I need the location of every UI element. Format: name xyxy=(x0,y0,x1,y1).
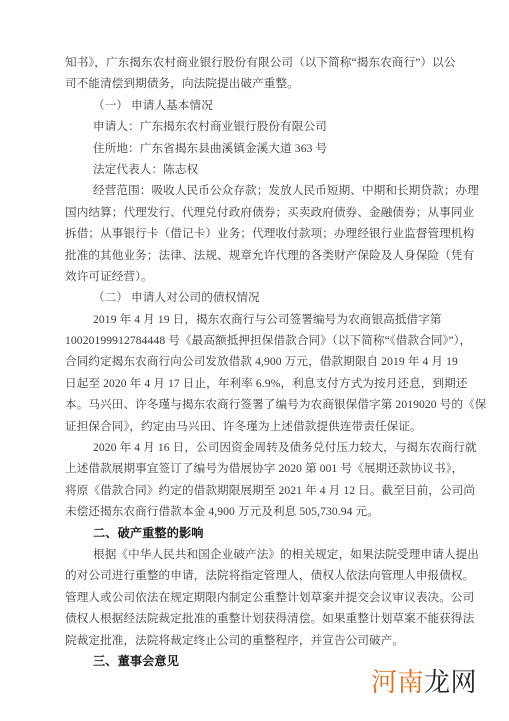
document-line: 司不能清偿到期债务，向法院提出破产重整。 xyxy=(65,73,449,94)
document-line: 经营范围：吸收人民币公众存款；发放人民币短期、中期和长期贷款；办理 xyxy=(65,180,449,201)
document-lines: 知书》，广东揭东农村商业银行股份有限公司（以下简称“揭东农商行”）以公司不能清偿… xyxy=(65,52,449,672)
document-line: 申请人：广东揭东农村商业银行股份有限公司 xyxy=(65,116,449,137)
document-line: 10020199912784448 号《最高额抵押担保借款合同》（以下简称“《借… xyxy=(65,330,449,351)
document-line: 批准的其他业务；法律、法规、规章允许代理的各类财产保险及人身保险（凭有 xyxy=(65,245,449,266)
document-line: 上述借款展期事宜签订了编号为借展协字 2020 第 001 号《展期还款协议书》… xyxy=(65,458,449,479)
document-line: 的对公司进行重整的申请，法院将指定管理人，债权人依法向管理人申报债权。 xyxy=(65,565,449,586)
document-line: 知书》，广东揭东农村商业银行股份有限公司（以下简称“揭东农商行”）以公 xyxy=(65,52,449,73)
document-line: 债权人根据经法院裁定批准的重整计划获得清偿。如果重整计划草案不能获得法 xyxy=(65,608,449,629)
document-line: 证担保合同》，约定由马兴田、许冬瑾为上述借款提供连带责任保证。 xyxy=(65,416,449,437)
document-line: 拆借；从事银行卡（借记卡）业务；代理收付款项；办理经银行业监督管理机构 xyxy=(65,223,449,244)
document-line: （二） 申请人对公司的债权情况 xyxy=(65,287,449,308)
document-line: 本。马兴田、许冬瑾与揭东农商行签署了编号为农商银保借字第 2019020 号的《… xyxy=(65,394,449,415)
document-line: 国内结算；代理发行、代理兑付政府债券；买卖政府债券、金融债券；从事同业 xyxy=(65,202,449,223)
document-line: 院裁定批准，法院将裁定终止公司的重整程序，并宣告公司破产。 xyxy=(65,630,449,651)
site-watermark: 河南龙网 xyxy=(371,667,477,699)
document-line: 日起至 2020 年 4 月 17 日止，年利率 6.9%，利息支付方式为按月还… xyxy=(65,373,449,394)
document-line: （一） 申请人基本情况 xyxy=(65,95,449,116)
document-page: 知书》，广东揭东农村商业银行股份有限公司（以下简称“揭东农商行”）以公司不能清偿… xyxy=(0,0,509,721)
document-line: 未偿还揭东农商行借款本金 4,900 万元及利息 505,730.94 元。 xyxy=(65,501,449,522)
document-line: 管理人或公司依法在规定期限内制定公重整计划草案并提交会议审议表决。公司 xyxy=(65,587,449,608)
document-line: 住所地：广东省揭东县曲溪镇金溪大道 363 号 xyxy=(65,138,449,159)
document-line: 合同约定揭东农商行向公司发放借款 4,900 万元，借款期限自 2019 年 4… xyxy=(65,351,449,372)
document-line: 2019 年 4 月 19 日，揭东农商行与公司签署编号为农商银高抵借字第 xyxy=(65,309,449,330)
watermark-brand-rest: 龙网 xyxy=(424,668,477,698)
document-line: 将原《借款合同》约定的借款期限展期至 2021 年 4 月 12 日。截至目前，… xyxy=(65,480,449,501)
watermark-brand-highlight: 河南 xyxy=(371,668,424,698)
document-line: 2020 年 4 月 16 日，公司因资金周转及债务兑付压力较大，与揭东农商行就 xyxy=(65,437,449,458)
document-line: 效许可证经营）。 xyxy=(65,266,449,287)
document-line: 法定代表人：陈志权 xyxy=(65,159,449,180)
section-heading-line: 二、破产重整的影响 xyxy=(65,523,449,544)
document-line: 根据《中华人民共和国企业破产法》的相关规定，如果法院受理申请人提出 xyxy=(65,544,449,565)
